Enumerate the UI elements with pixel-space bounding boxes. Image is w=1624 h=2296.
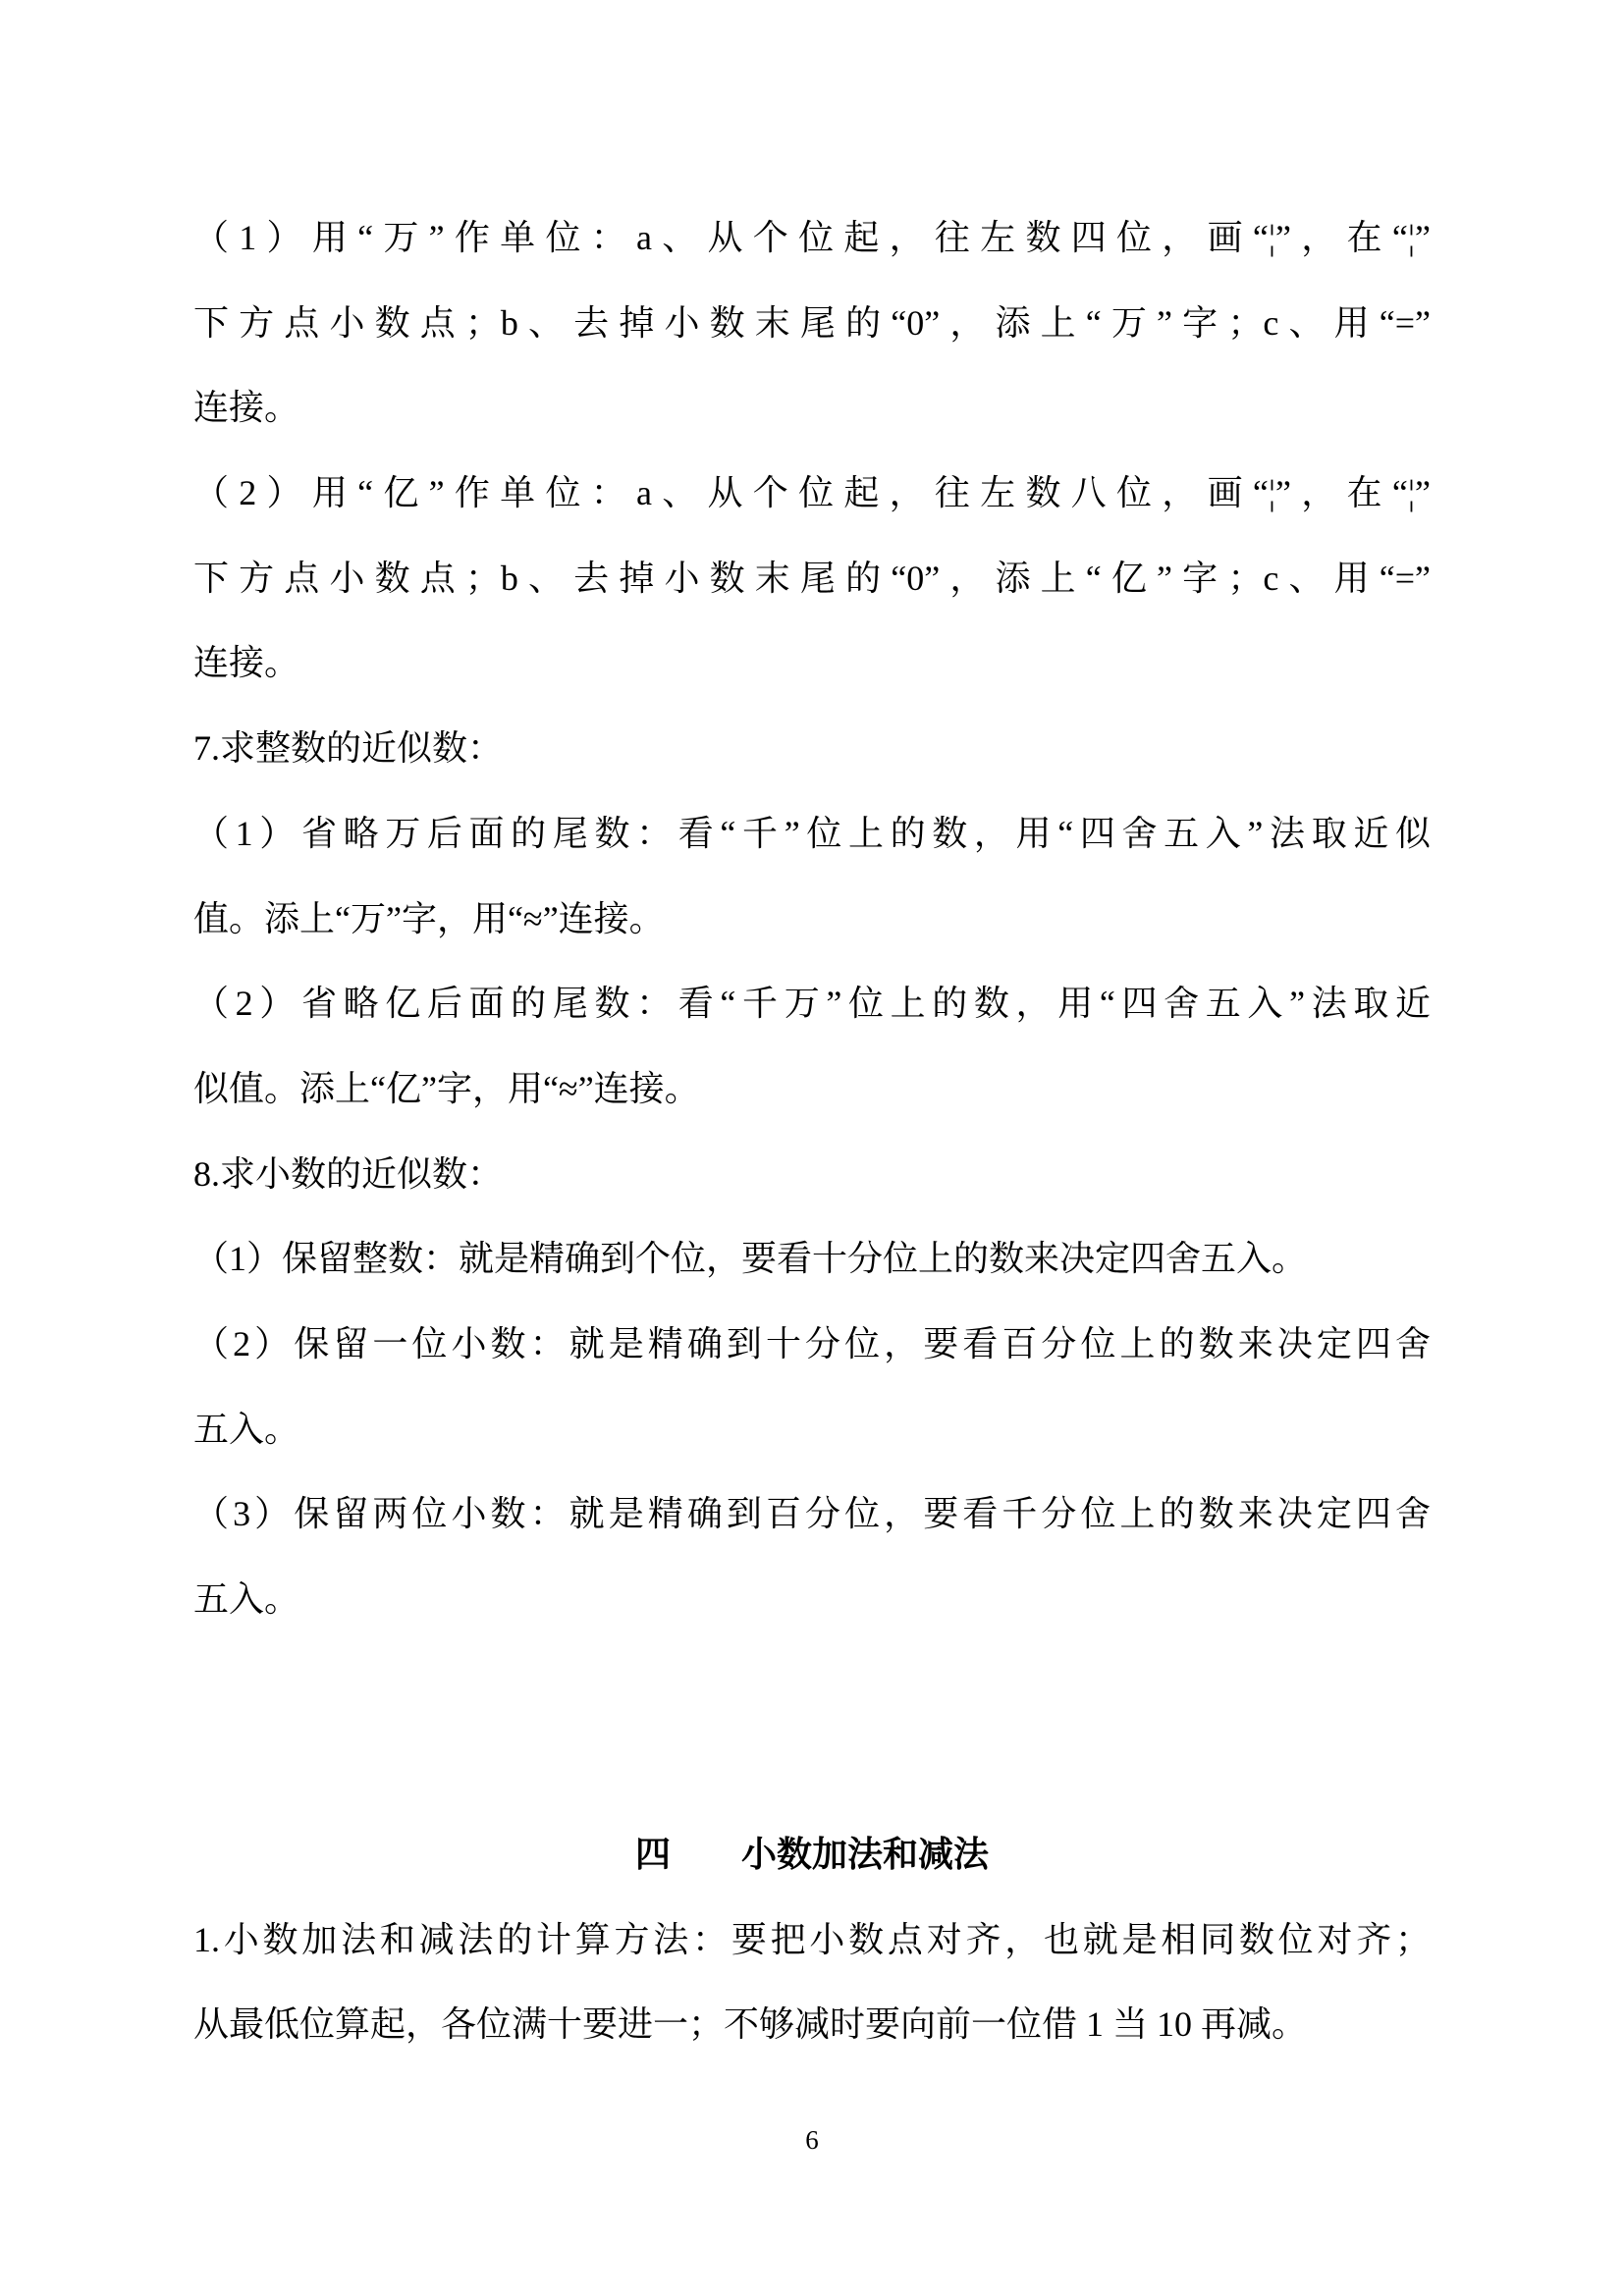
section-heading: 四 小数加法和减法 (193, 1812, 1431, 1897)
text-line: 8.求小数的近似数： (193, 1132, 1431, 1217)
text-line: 从最低位算起，各位满十要进一；不够减时要向前一位借 1 当 10 再减。 (193, 1982, 1431, 2067)
blank-line (193, 1642, 1431, 1728)
text-line: 下方点小数点；b、去掉小数末尾的“0”，添上“万”字；c、用“=” (193, 281, 1431, 366)
text-line: 7.求整数的近似数： (193, 706, 1431, 791)
text-line: 1.小数加法和减法的计算方法：要把小数点对齐，也就是相同数位对齐； (193, 1897, 1431, 1983)
document-page: （1）用“万”作单位：a、从个位起，往左数四位，画“¦”，在“¦” 下方点小数点… (0, 0, 1624, 2296)
text-line: （2）保留一位小数：就是精确到十分位，要看百分位上的数来决定四舍 (193, 1302, 1431, 1387)
text-line: 连接。 (193, 620, 1431, 706)
text-line: （2）省略亿后面的尾数：看“千万”位上的数，用“四舍五入”法取近 (193, 961, 1431, 1046)
text-line: 五入。 (193, 1557, 1431, 1642)
text-line: （3）保留两位小数：就是精确到百分位，要看千分位上的数来决定四舍 (193, 1471, 1431, 1557)
text-line: 值。添上“万”字，用“≈”连接。 (193, 877, 1431, 962)
text-line: （1）用“万”作单位：a、从个位起，往左数四位，画“¦”，在“¦” (193, 195, 1431, 281)
text-line: （1）保留整数：就是精确到个位，要看十分位上的数来决定四舍五入。 (193, 1216, 1431, 1302)
text-line: 五入。 (193, 1387, 1431, 1472)
blank-line (193, 1727, 1431, 1812)
page-number: 6 (0, 2120, 1624, 2160)
text-line: 连接。 (193, 365, 1431, 451)
document-body: （1）用“万”作单位：a、从个位起，往左数四位，画“¦”，在“¦” 下方点小数点… (193, 195, 1431, 2067)
text-line: 似值。添上“亿”字，用“≈”连接。 (193, 1046, 1431, 1132)
text-line: 下方点小数点；b、去掉小数末尾的“0”，添上“亿”字；c、用“=” (193, 536, 1431, 621)
text-line: （1）省略万后面的尾数：看“千”位上的数，用“四舍五入”法取近似 (193, 791, 1431, 877)
text-line: （2）用“亿”作单位：a、从个位起，往左数八位，画“¦”，在“¦” (193, 451, 1431, 536)
